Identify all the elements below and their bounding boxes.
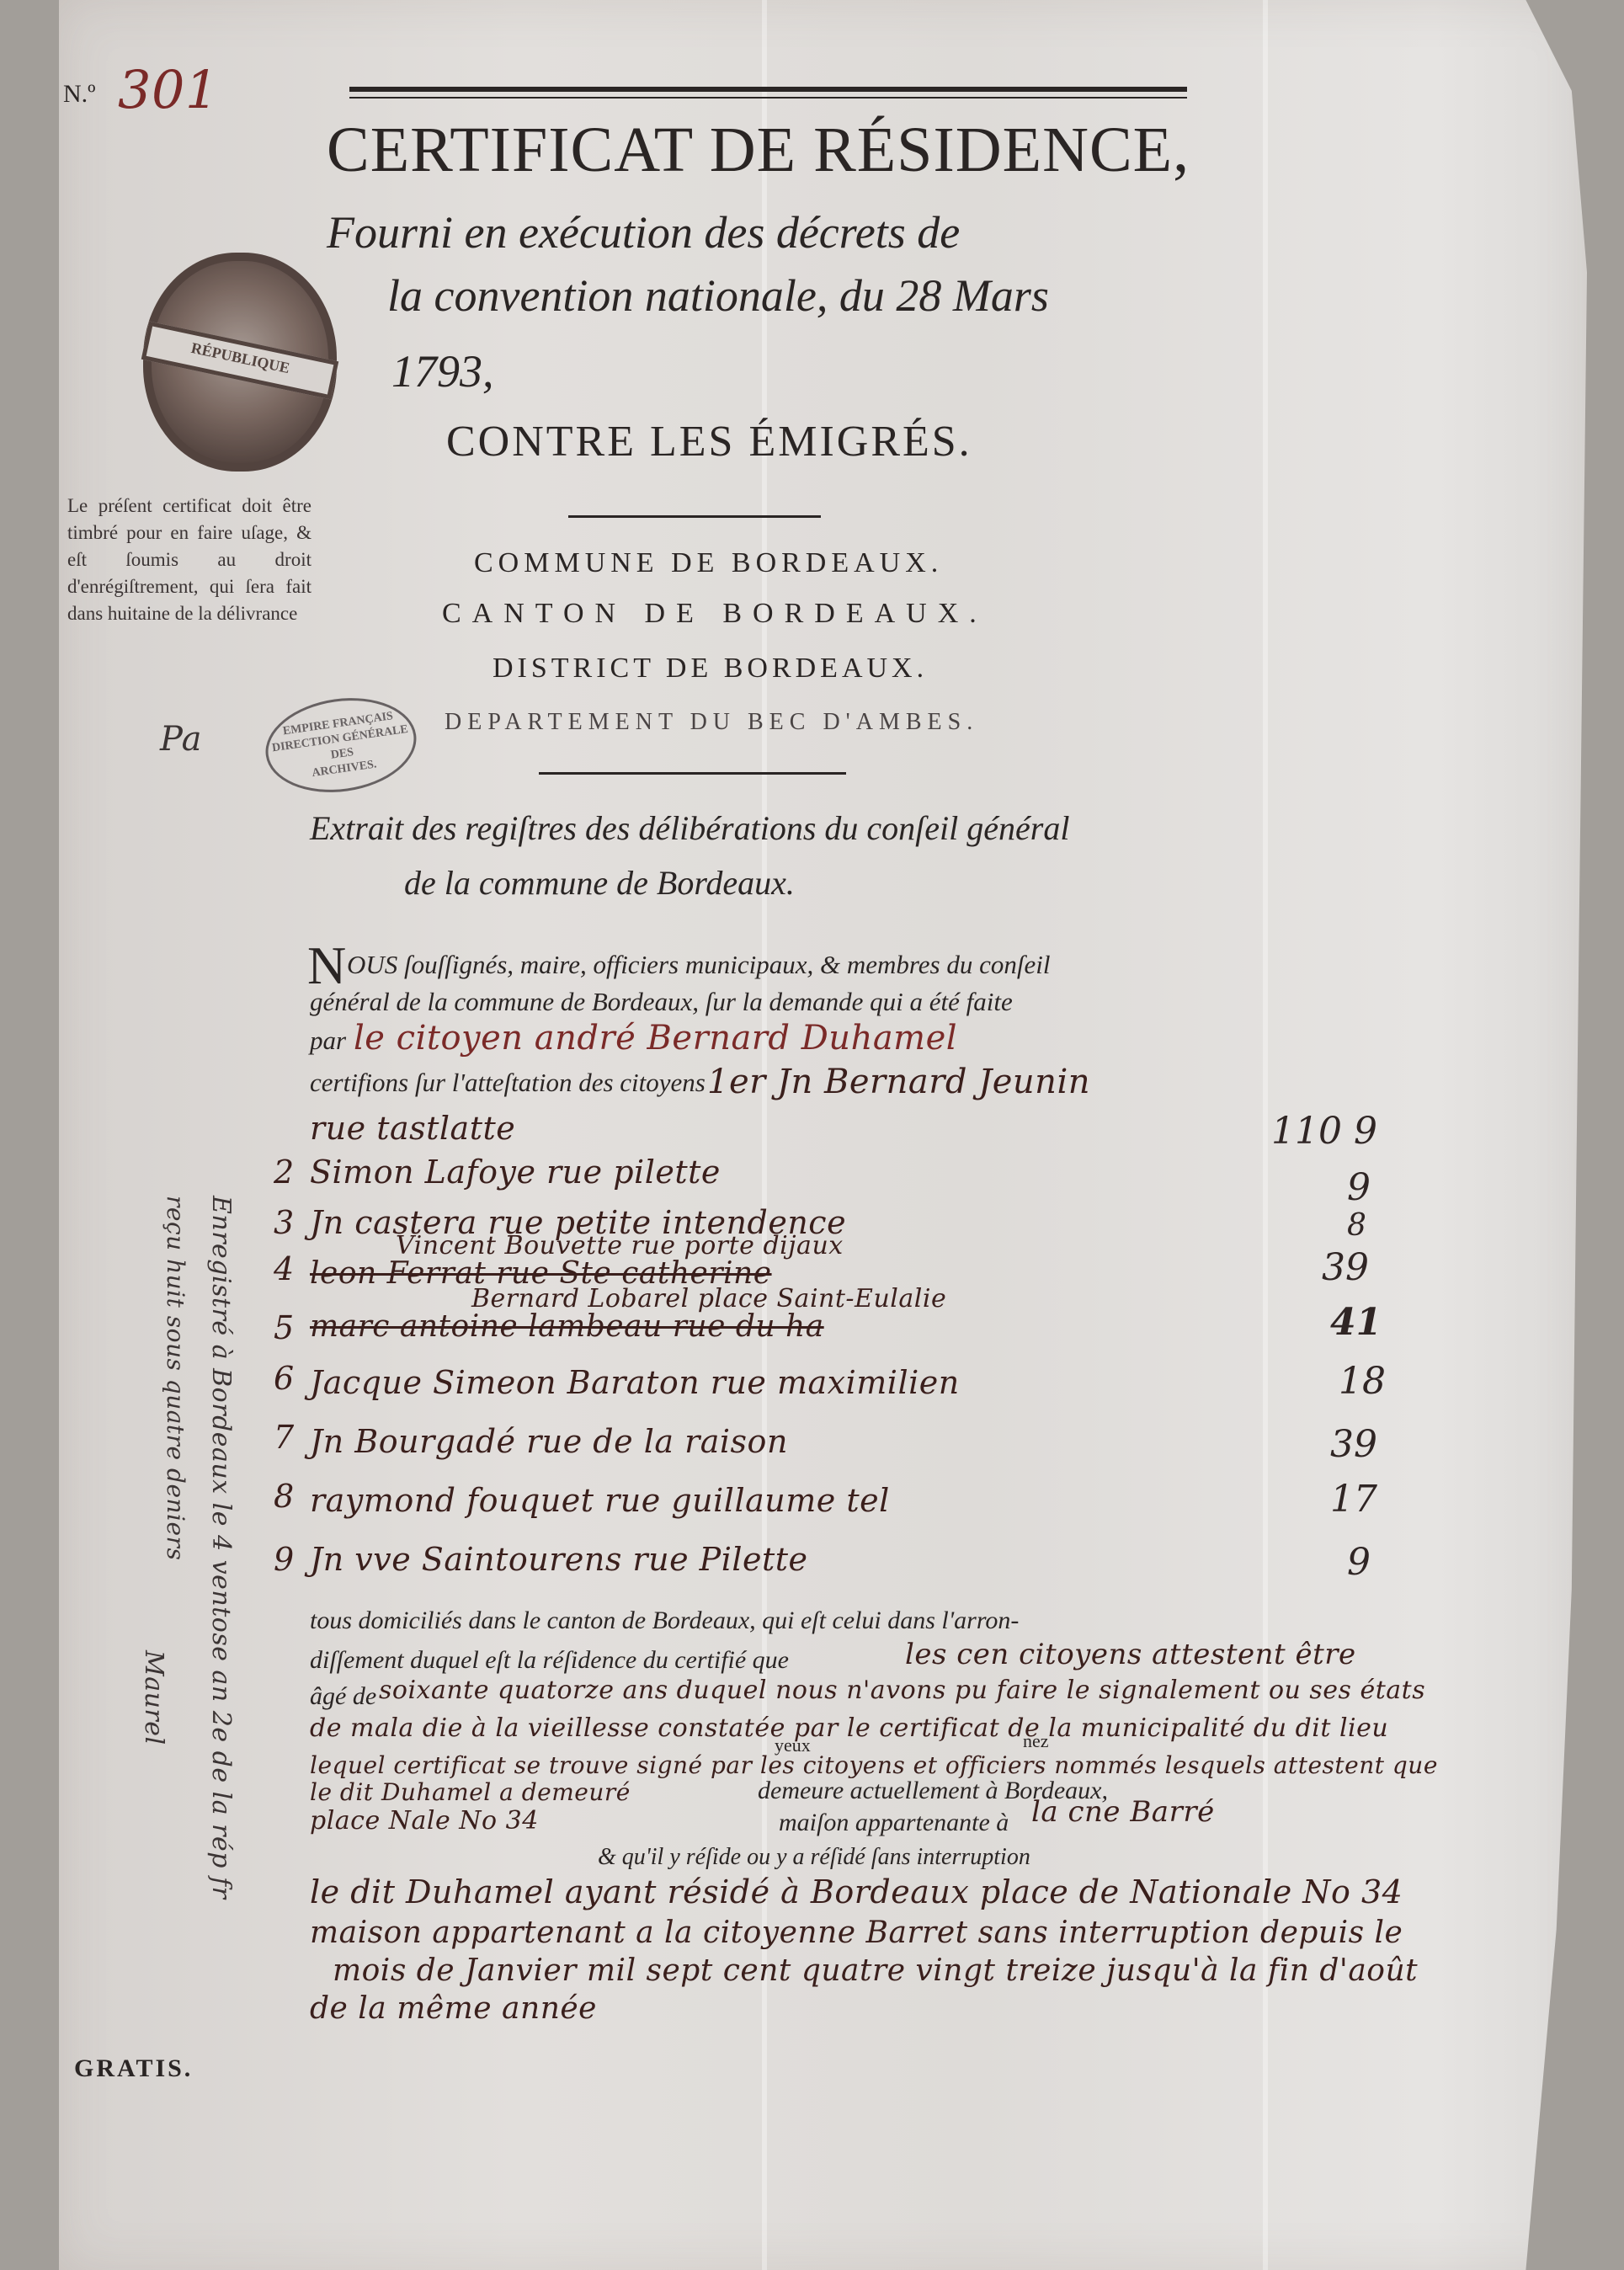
witness-index: 2	[274, 1154, 295, 1191]
para3-line-2: maison appartenant a la citoyenne Barret…	[310, 1916, 1403, 1950]
certificate-number-label: N.º	[63, 80, 95, 109]
para3-line-4: de la même année	[310, 1991, 597, 2026]
witness-index: 7	[274, 1419, 295, 1456]
district-line: DISTRICT DE BORDEAUX.	[493, 653, 928, 685]
witness-age: 8	[1347, 1208, 1366, 1243]
gratis-label: GRATIS.	[74, 2054, 193, 2083]
para2-line-2-hw: les cen citoyens attestent être	[905, 1638, 1356, 1671]
body-certifions: certifions ſur l'atteſtation des citoyen…	[310, 1068, 706, 1098]
department-line: DEPARTEMENT DU BEC D'AMBES.	[445, 709, 978, 736]
para2-line-5-hw: lequel certificat se trouve signé par le…	[310, 1751, 1438, 1779]
title-rule	[349, 87, 1187, 92]
witness-age: 41	[1330, 1301, 1382, 1344]
section-rule	[539, 772, 846, 775]
witness-age: 18	[1339, 1360, 1386, 1403]
margin-stamp-note: Le préſent certificat doit être timbré p…	[67, 493, 311, 627]
body-line-1: OUS ſouſſignés, maire, officiers municip…	[347, 950, 1050, 980]
witness-age: 9	[1347, 1166, 1371, 1209]
witness-age: 110 9	[1271, 1110, 1377, 1153]
seal-band: RÉPUBLIQUE	[141, 322, 339, 400]
witness-index: 8	[274, 1478, 295, 1515]
para2-line-3: âgé de	[310, 1682, 376, 1711]
witness-index: 4	[274, 1250, 295, 1287]
commune-line: COMMUNE DE BORDEAUX.	[474, 547, 943, 579]
witness-struck: marc antoine lambeau rue du ha	[310, 1309, 824, 1344]
para3-line-3: mois de Janvier mil sept cent quatre vin…	[333, 1953, 1418, 1988]
para2-line-4-hw: de mala die à la vieillesse constatée pa…	[310, 1713, 1388, 1743]
witness-row: rue tastlatte	[310, 1110, 515, 1147]
registrar-signature: Maurel	[139, 1650, 168, 1745]
para3-printed: & qu'il y réſide ou y a réſidé ſans inte…	[598, 1844, 1030, 1871]
body-par: par	[310, 1026, 346, 1056]
subtitle-line-2: la convention nationale, du 28 Mars	[387, 269, 1049, 322]
title-rule	[349, 97, 1187, 99]
section-rule	[568, 515, 821, 518]
para2-line-6-hw: le dit Duhamel a demeuré	[310, 1778, 631, 1806]
certificate-title: CERTIFICAT DE RÉSIDENCE,	[327, 114, 1190, 187]
witness-age: 39	[1322, 1246, 1369, 1289]
witness-row: raymond fouquet rue guillaume tel	[310, 1482, 890, 1519]
certificate-title-2: CONTRE LES ÉMIGRÉS.	[446, 417, 972, 466]
para2-line-7-hw: place Nale No 34	[310, 1806, 539, 1836]
witness-row: Jacque Simeon Baraton rue maximilien	[310, 1364, 960, 1401]
requester-name: le citoyen andré Bernard Duhamel	[354, 1019, 957, 1058]
fee-note: reçu huit sous quatre deniers	[162, 1196, 189, 1560]
extract-line-1: Extrait des regiſtres des délibérations …	[310, 808, 1069, 848]
first-witness: 1er Jn Bernard Jeunin	[707, 1063, 1090, 1101]
certificate-number: 301	[118, 59, 219, 120]
witness-index: 6	[274, 1360, 295, 1397]
witness-age: 39	[1330, 1423, 1377, 1466]
para2-line-1: tous domiciliés dans le canton de Bordea…	[310, 1607, 1019, 1635]
body-line-2: général de la commune de Bordeaux, ſur l…	[310, 987, 1013, 1017]
para2-line-2: diſſement duquel eſt la réſidence du cer…	[310, 1646, 789, 1675]
witness-row: Jn Bourgadé rue de la raison	[310, 1423, 788, 1460]
para3-line-1: le dit Duhamel ayant résidé à Bordeaux p…	[310, 1873, 1403, 1910]
house-owner: la cne Barré	[1031, 1795, 1215, 1829]
para2-line-7: maiſon appartenante à	[779, 1809, 1009, 1837]
subtitle-line-3: 1793,	[391, 345, 494, 397]
extract-line-2: de la commune de Bordeaux.	[404, 863, 795, 903]
witness-index: 9	[274, 1541, 295, 1578]
witness-age: 9	[1347, 1541, 1371, 1584]
witness-row: Jn vve Saintourens rue Pilette	[310, 1541, 808, 1578]
subtitle-line-1: Fourni en exécution des décrets de	[327, 206, 960, 258]
witness-row: Simon Lafoye rue pilette	[310, 1154, 721, 1191]
margin-initial: Pa	[160, 720, 202, 759]
witness-index: 3	[274, 1204, 295, 1241]
registration-note: Enregistré à Bordeaux le 4 ventose an 2e…	[206, 1196, 236, 1899]
canton-line: CANTON DE BORDEAUX.	[442, 598, 988, 630]
republic-seal-icon: RÉPUBLIQUE	[143, 253, 337, 472]
para2-line-3-hw: soixante quatorze ans duquel nous n'avon…	[379, 1676, 1425, 1705]
witness-index: 5	[274, 1309, 295, 1346]
witness-age: 17	[1330, 1478, 1377, 1521]
signalement-nez: nez	[1023, 1730, 1049, 1752]
